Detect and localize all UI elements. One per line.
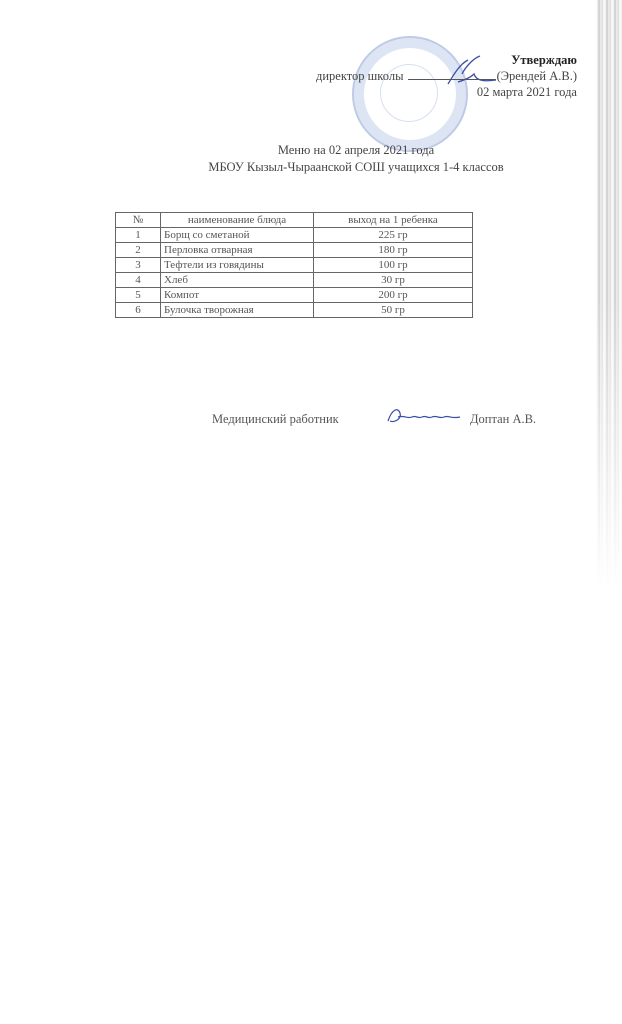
row-num: 5 — [116, 288, 161, 303]
row-dish: Компот — [161, 288, 314, 303]
row-dish: Тефтели из говядины — [161, 258, 314, 273]
approval-title: Утверждаю — [316, 52, 577, 68]
approval-signatory: (Эрендей А.В.) — [497, 69, 577, 83]
row-output: 50 гр — [314, 303, 473, 318]
signature-line — [408, 69, 496, 80]
menu-heading: Меню на 02 апреля 2021 года МБОУ Кызыл-Ч… — [0, 142, 622, 176]
medical-signature-icon — [384, 403, 464, 429]
row-output: 200 гр — [314, 288, 473, 303]
row-dish: Борщ со сметаной — [161, 228, 314, 243]
medical-worker-name: Доптан А.В. — [470, 412, 536, 427]
menu-subtitle: МБОУ Кызыл-Чыраанской СОШ учащихся 1-4 к… — [45, 159, 622, 176]
approval-date: 02 марта 2021 года — [316, 84, 577, 100]
header-output: выход на 1 ребенка — [314, 213, 473, 228]
row-dish: Булочка творожная — [161, 303, 314, 318]
approval-position: директор школы — [316, 69, 403, 83]
row-num: 4 — [116, 273, 161, 288]
row-output: 100 гр — [314, 258, 473, 273]
row-dish: Перловка отварная — [161, 243, 314, 258]
approval-position-line: директор школы (Эрендей А.В.) — [316, 68, 577, 84]
menu-table: № наименование блюда выход на 1 ребенка … — [115, 212, 473, 318]
row-num: 1 — [116, 228, 161, 243]
row-output: 180 гр — [314, 243, 473, 258]
header-dish: наименование блюда — [161, 213, 314, 228]
table-row: 3 Тефтели из говядины 100 гр — [116, 258, 473, 273]
table-row: 5 Компот 200 гр — [116, 288, 473, 303]
table-row: 4 Хлеб 30 гр — [116, 273, 473, 288]
row-num: 3 — [116, 258, 161, 273]
row-output: 30 гр — [314, 273, 473, 288]
header-num: № — [116, 213, 161, 228]
approval-block: Утверждаю директор школы (Эрендей А.В.) … — [316, 52, 577, 100]
table-row: 1 Борщ со сметаной 225 гр — [116, 228, 473, 243]
table-row: 6 Булочка творожная 50 гр — [116, 303, 473, 318]
table-row: 2 Перловка отварная 180 гр — [116, 243, 473, 258]
medical-worker-label: Медицинский работник — [212, 412, 339, 427]
row-output: 225 гр — [314, 228, 473, 243]
table-header-row: № наименование блюда выход на 1 ребенка — [116, 213, 473, 228]
scan-edge-fade — [596, 300, 622, 1024]
row-dish: Хлеб — [161, 273, 314, 288]
row-num: 6 — [116, 303, 161, 318]
menu-title: Меню на 02 апреля 2021 года — [45, 142, 622, 159]
row-num: 2 — [116, 243, 161, 258]
